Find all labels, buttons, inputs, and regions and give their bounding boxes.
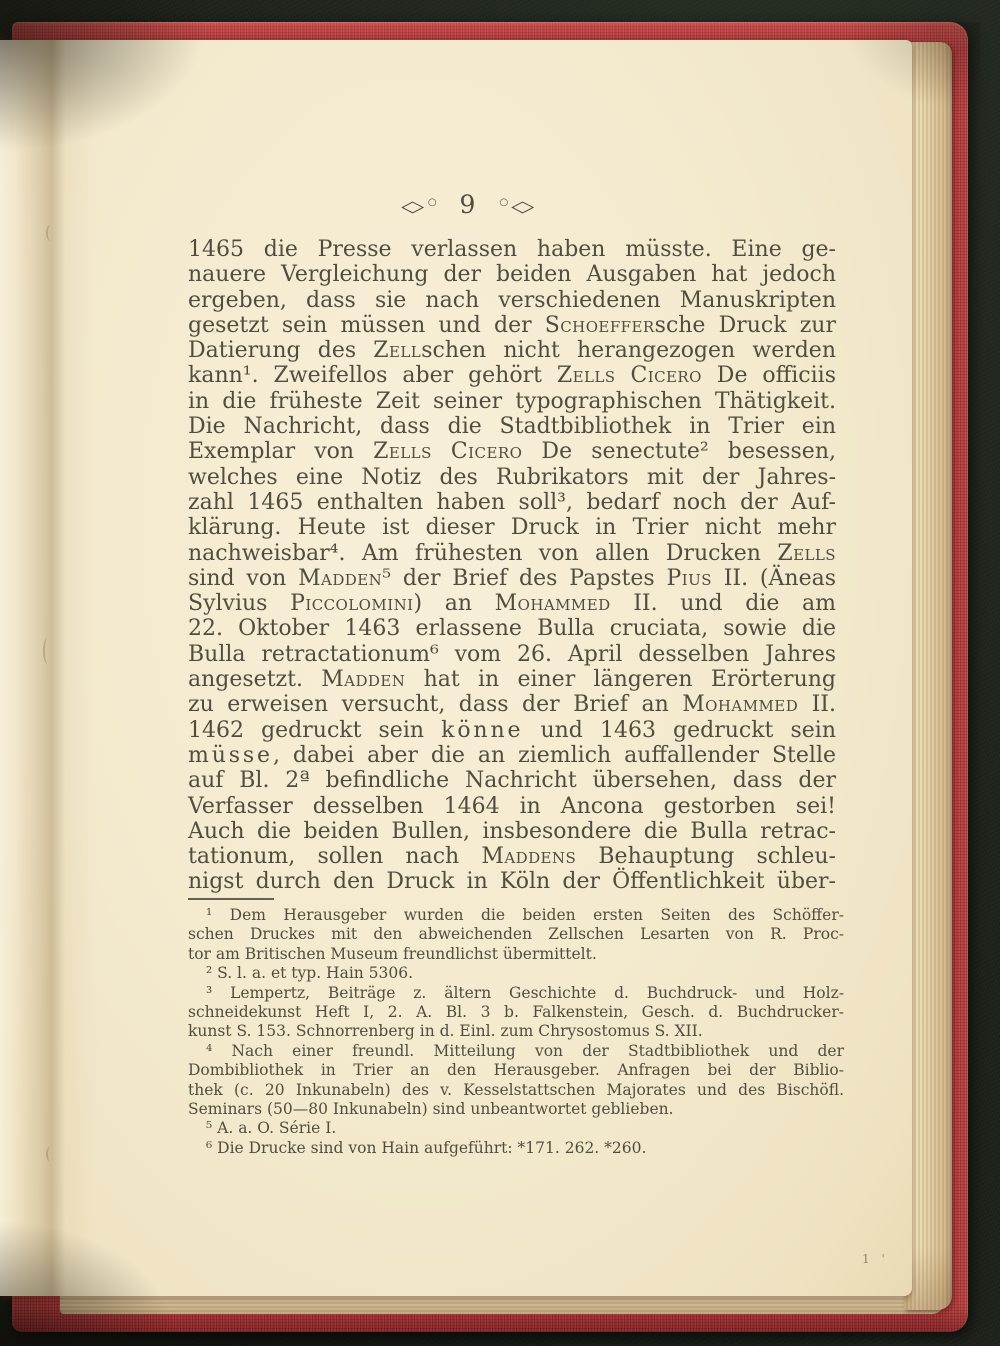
footnote-line: tor am Britischen Museum freundlichst üb…	[188, 945, 844, 964]
footnote-line: Dombibliothek in Trier an den Herausgebe…	[188, 1061, 844, 1080]
text-line: Auch die beiden Bullen, insbesondere die…	[188, 819, 836, 844]
text-line: Die Nachricht, dass die Stadtbibliothek …	[188, 414, 836, 439]
text-line: in die früheste Zeit seiner typographisc…	[188, 389, 836, 414]
text-line: auf Bl. 2ª befindliche Nachricht überseh…	[188, 768, 836, 793]
paper-nick	[43, 638, 52, 664]
footnote-line: ⁵ A. a. O. Série I.	[188, 1119, 844, 1138]
book-page: ◇○9○◇ 1465 die Presse verlassen haben mü…	[0, 40, 912, 1296]
text-line: tationum, sollen nach Maddens Behauptung…	[188, 844, 836, 869]
photo-background: ◇○9○◇ 1465 die Presse verlassen haben mü…	[0, 0, 1000, 1346]
text-line: zahl 1465 enthalten haben soll³, bedarf …	[188, 490, 836, 515]
text-line: Exemplar von Zells Cicero De senectute² …	[188, 439, 836, 464]
footnote-line: ³ Lempertz, Beiträge z. ältern Geschicht…	[188, 984, 844, 1003]
text-line: Datierung des Zellschen nicht herangezog…	[188, 338, 836, 363]
text-line: 1465 die Presse verlassen haben müsste. …	[188, 237, 836, 262]
footnote-line: ² S. l. a. et typ. Hain 5306.	[188, 964, 844, 983]
page-number: 9	[460, 190, 477, 219]
pencil-mark: 1 '	[862, 1252, 889, 1266]
text-line: klärung. Heute ist dieser Druck in Trier…	[188, 515, 836, 540]
text-line: zu erweisen versucht, dass der Brief an …	[188, 692, 836, 717]
ornament-circle-right-icon: ○	[499, 197, 508, 208]
text-line: müsse, dabei aber die an ziemlich auffal…	[188, 743, 836, 768]
ornament-diamond-right-icon: ◇	[511, 197, 534, 216]
text-line: sind von Madden⁵ der Brief des Papstes P…	[188, 566, 836, 591]
ornament-diamond-left-icon: ◇	[402, 197, 425, 216]
footnote-line: ⁶ Die Drucke sind von Hain aufgeführt: *…	[188, 1139, 844, 1158]
page-header: ◇○9○◇	[160, 190, 776, 219]
text-line: ergeben, dass sie nach verschiedenen Man…	[188, 288, 836, 313]
text-line: Sylvius Piccolomini) an Mohammed II. und…	[188, 591, 836, 616]
footnote-line: kunst S. 153. Schnorrenberg in d. Einl. …	[188, 1022, 844, 1041]
text-line: angesetzt. Madden hat in einer längeren …	[188, 667, 836, 692]
text-line: 22. Oktober 1463 erlassene Bulla cruciat…	[188, 616, 836, 641]
text-line: kann¹. Zweifellos aber gehört Zells Cice…	[188, 363, 836, 388]
text-line: nachweisbar⁴. Am frühesten von allen Dru…	[188, 541, 836, 566]
text-line: nauere Vergleichung der beiden Ausgaben …	[188, 262, 836, 287]
footnote-line: schen Druckes mit den abweichenden Zells…	[188, 925, 844, 944]
text-line: 1462 gedruckt sein könne und 1463 gedruc…	[188, 718, 836, 743]
text-line: Verfasser desselben 1464 in Ancona gesto…	[188, 794, 836, 819]
footnote-line: schneidekunst Heft I, 2. A. Bl. 3 b. Fal…	[188, 1003, 844, 1022]
paper-nick	[46, 225, 55, 241]
footnote-line: thek (c. 20 Inkunabeln) des v. Kesselsta…	[188, 1081, 844, 1100]
footnotes: ¹ Dem Herausgeber wurden die beiden erst…	[188, 906, 844, 1158]
text-line: nigst durch den Druck in Köln der Öffent…	[188, 869, 836, 894]
body-text: 1465 die Presse verlassen haben müsste. …	[188, 237, 836, 895]
footnote-line: Seminars (50—80 Inkunabeln) sind unbeant…	[188, 1100, 844, 1119]
text-line: Bulla retractationum⁶ vom 26. April dess…	[188, 642, 836, 667]
paper-nick	[46, 1146, 55, 1162]
text-line: welches eine Notiz des Rubrikators mit d…	[188, 465, 836, 490]
footnote-line: ⁴ Nach einer freundl. Mitteilung von der…	[188, 1042, 844, 1061]
text-line: gesetzt sein müssen und der Schoeffersch…	[188, 313, 836, 338]
ornament-circle-left-icon: ○	[428, 197, 437, 208]
footnote-rule	[188, 898, 274, 900]
footnote-line: ¹ Dem Herausgeber wurden die beiden erst…	[188, 906, 844, 925]
